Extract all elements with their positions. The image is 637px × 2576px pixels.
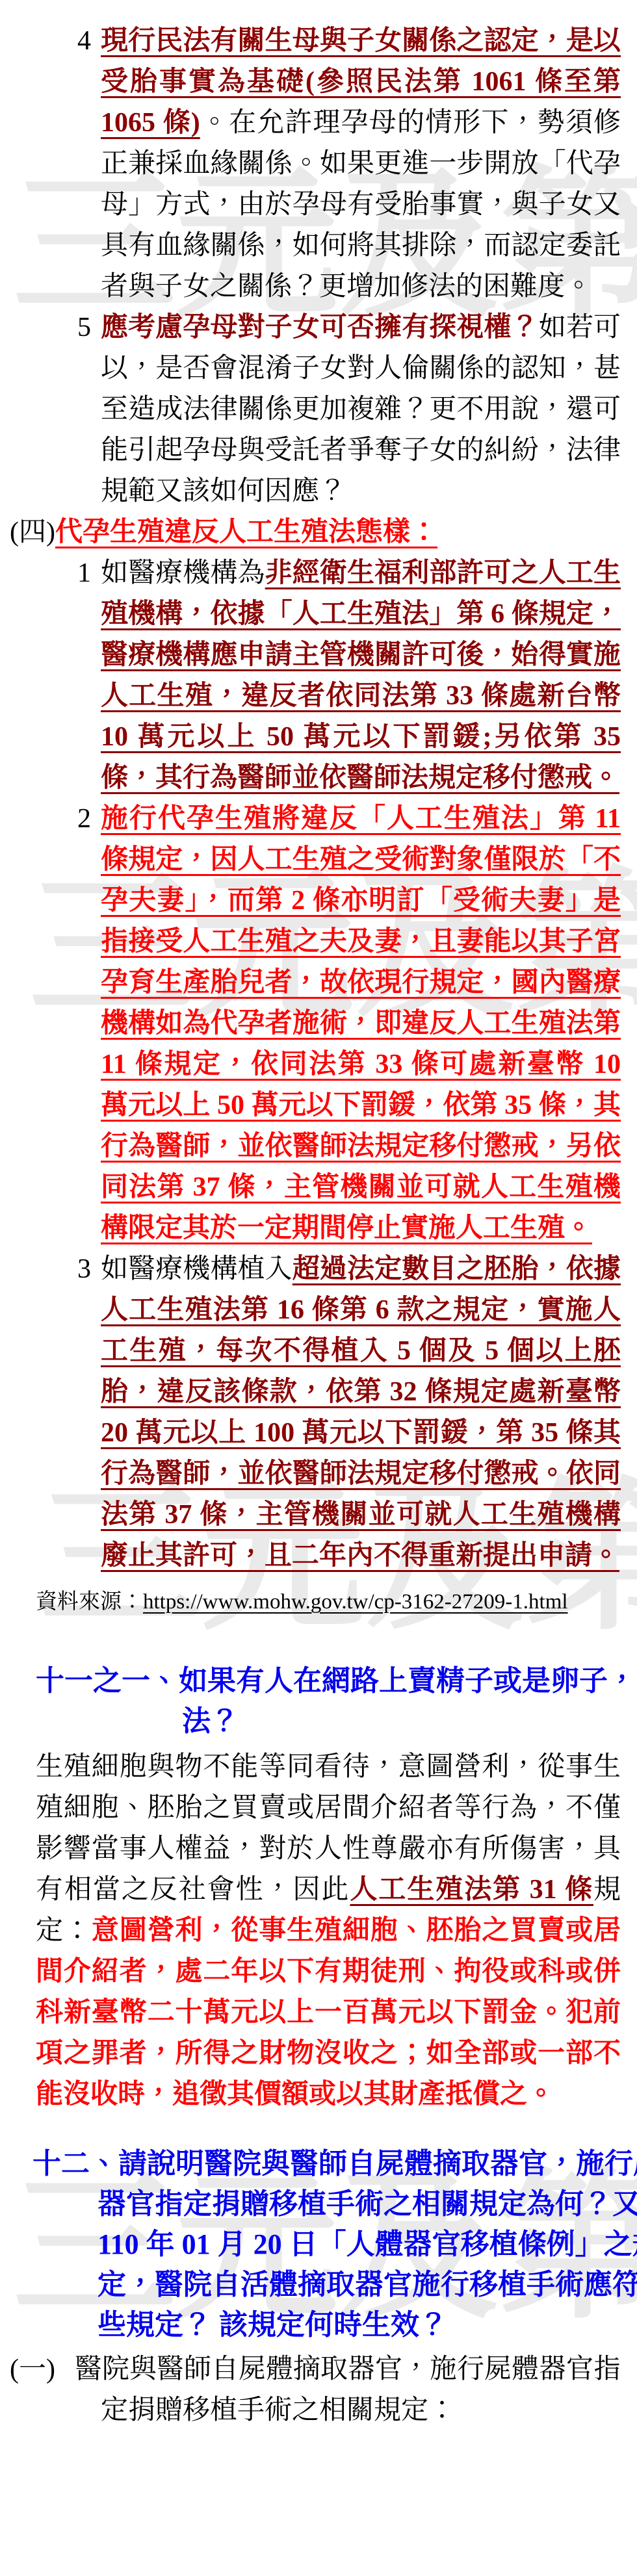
item-number: 4 [77, 21, 99, 62]
statute-highlight-text: 非經衛生福利部許可之人工生殖機構，依據「人工生殖法」第 6 條規定，醫療機構應申… [101, 558, 621, 793]
emphasis-text: 應考慮孕母對子女可否擁有探視權？ [101, 313, 539, 342]
sub-item-1: 1如醫療機構為非經衛生福利部許可之人工生殖機構，依據「人工生殖法」第 6 條規定… [101, 553, 621, 799]
penalty-text: 意圖營利，從事生殖細胞、胚胎之買賣或居間介紹者，處二年以下有期徒刑、拘役或科或併… [36, 1916, 621, 2109]
item-number: 1 [77, 553, 99, 594]
question-12-heading: 十二、請說明醫院與醫師自屍體摘取器官，施行屍體器官指定捐贈移植手術之相關規定為何… [32, 2144, 637, 2345]
source-line: 資料來源：https://www.mohw.gov.tw/cp-3162-272… [36, 1586, 637, 1618]
document-page: 三元及第 三元及第 三元及第 三元及第 4現行民法有關生母與子女關係之認定，是以… [0, 0, 637, 2576]
sub-item-2: 2施行代孕生殖將違反「人工生殖法」第 11 條規定，因人工生殖之受術對象僅限於「… [101, 799, 621, 1249]
item-number: 3 [77, 1249, 99, 1290]
document-content: 4現行民法有關生母與子女關係之認定，是以受胎事實為基礎(參照民法第 1061 條… [0, 0, 637, 2431]
source-link[interactable]: https://www.mohw.gov.tw/cp-3162-27209-1.… [143, 1590, 568, 1614]
section-prefix: (四) [10, 517, 55, 547]
source-label: 資料來源： [36, 1590, 143, 1614]
body-text: 如醫療機構植入 [101, 1254, 292, 1284]
list-item-5: 5應考慮孕母對子女可否擁有探視權？如若可以，是否會混淆子女對人倫關係的認知，甚至… [101, 307, 621, 512]
body-text: 如醫療機構為 [101, 558, 265, 588]
sub-item-3: 3如醫療機構植入超過法定數目之胚胎，依據人工生殖法第 16 條第 6 款之規定，… [101, 1249, 621, 1577]
section-title: 代孕生殖違反人工生殖法態樣： [55, 517, 437, 547]
item-number: 5 [77, 307, 99, 348]
question-11-1-answer: 生殖細胞與物不能等同看待，意圖營利，從事生殖細胞、胚胎之買賣或居間介紹者等行為，… [36, 1747, 621, 2115]
section-heading-4: (四)代孕生殖違反人工生殖法態樣： [10, 512, 627, 553]
statute-highlight-text: 施行代孕生殖將違反「人工生殖法」第 11 條規定，因人工生殖之受術對象僅限於「不… [101, 804, 621, 1243]
question-11-1-heading: 十一之一、如果有人在網路上賣精子或是卵子，有沒有違法？ [36, 1661, 637, 1742]
statute-highlight-text: 超過法定數目之胚胎，依據人工生殖法第 16 條第 6 款之規定，實施人工生殖，每… [101, 1254, 621, 1571]
list-item-4: 4現行民法有關生母與子女關係之認定，是以受胎事實為基礎(參照民法第 1061 條… [101, 21, 621, 307]
body-text: 醫院與醫師自屍體摘取器官，施行屍體器官指定捐贈移植手術之相關規定： [75, 2354, 621, 2425]
item-number: 2 [77, 799, 99, 840]
statute-highlight-text: 人工生殖法第 31 條 [350, 1875, 593, 1905]
point-prefix: (一) [10, 2349, 75, 2390]
answer-point-1: (一)醫院與醫師自屍體摘取器官，施行屍體器官指定捐贈移植手術之相關規定： [101, 2349, 621, 2431]
